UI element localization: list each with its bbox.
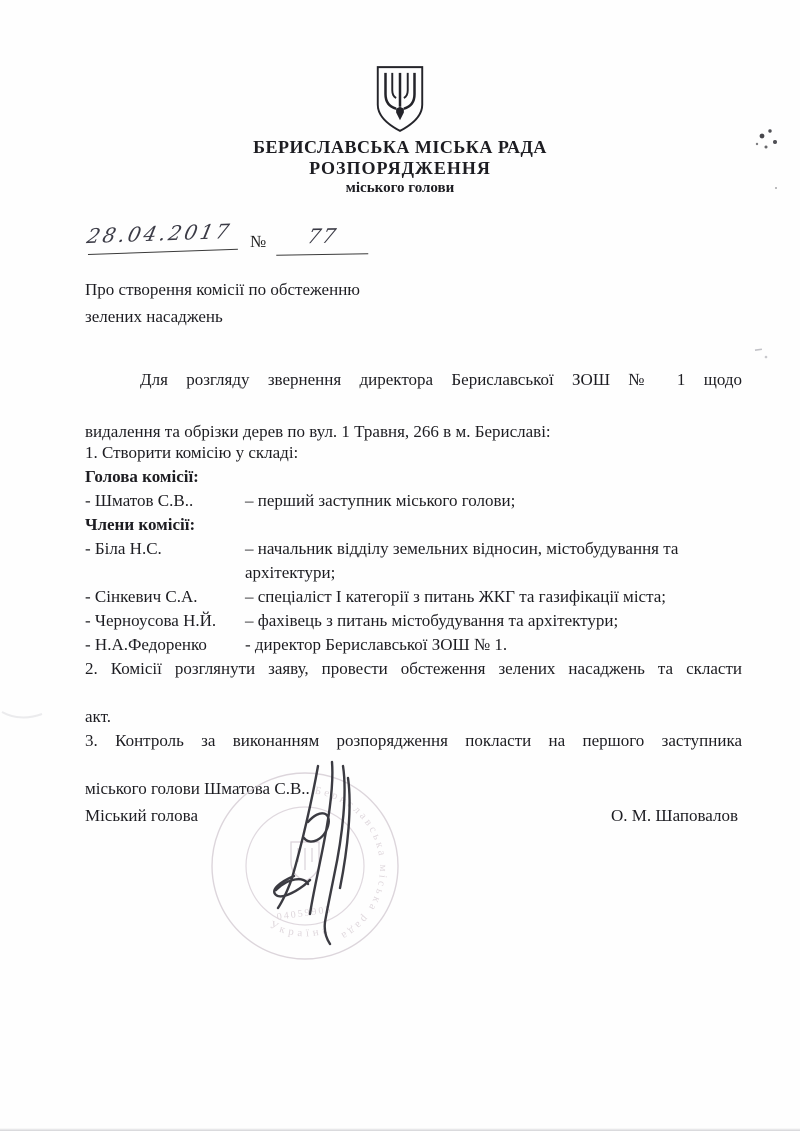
item-2-line-2: акт. — [85, 707, 111, 726]
item-3: 3. Контроль за виконанням розпорядження … — [85, 729, 742, 801]
intro-paragraph: Для розгляду звернення директора Берисла… — [85, 367, 742, 445]
member-role: – перший заступник міського голови; — [245, 489, 742, 513]
number-sign: № — [250, 232, 266, 252]
member-name: - Черноусова Н.Й. — [85, 609, 245, 633]
document-body: 1. Створити комісію у складі: Голова ком… — [85, 441, 742, 801]
signature-row: Міський голова О. М. Шаповалов — [85, 806, 738, 826]
item-3-line-1: 3. Контроль за виконанням розпорядження … — [85, 729, 742, 777]
signature-ink — [248, 756, 388, 956]
member-role: – начальник відділу земельних відносин, … — [245, 537, 742, 585]
subject-line-2: зелених насаджень — [85, 307, 223, 326]
subject-line-1: Про створення комісії по обстеженню — [85, 280, 360, 299]
item-1: 1. Створити комісію у складі: — [85, 441, 742, 465]
signer-title: Міський голова — [85, 806, 198, 826]
commission-member-row: - Черноусова Н.Й. – фахівець з питань мі… — [85, 609, 742, 633]
signer-name: О. М. Шаповалов — [611, 806, 738, 826]
ukraine-trident-emblem-icon — [371, 64, 429, 134]
member-role: – фахівець з питань містобудування та ар… — [245, 609, 742, 633]
member-name: - Сінкевич С.А. — [85, 585, 245, 609]
head-of-commission-label: Голова комісії: — [85, 465, 742, 489]
handwritten-date: 28.04.2017 — [87, 219, 238, 255]
member-name: - Біла Н.С. — [85, 537, 245, 585]
member-name: - Шматов С.В.. — [85, 489, 245, 513]
member-role: - директор Бериславської ЗОШ № 1. — [245, 633, 742, 657]
members-of-commission-label: Члени комісії: — [85, 513, 742, 537]
commission-member-row: - Шматов С.В.. – перший заступник місько… — [85, 489, 742, 513]
intro-line-2: видалення та обрізки дерев по вул. 1 Тра… — [85, 422, 551, 441]
commission-member-row: - Н.А.Федоренко - директор Бериславської… — [85, 633, 742, 657]
item-2: 2. Комісії розглянути заяву, провести об… — [85, 657, 742, 729]
member-role: – спеціаліст І категорії з питань ЖКГ та… — [245, 585, 742, 609]
handwritten-number: 77 — [276, 223, 369, 256]
item-2-line-1: 2. Комісії розглянути заяву, провести об… — [85, 657, 742, 705]
document-header: БЕРИСЛАВСЬКА МІСЬКА РАДА РОЗПОРЯДЖЕННЯ м… — [0, 64, 800, 198]
date-number-row: 28.04.2017 № 77 — [0, 224, 800, 260]
commission-member-row: - Біла Н.С. – начальник відділу земельни… — [85, 537, 742, 585]
org-name: БЕРИСЛАВСЬКА МІСЬКА РАДА — [0, 137, 800, 158]
document-subject: Про створення комісії по обстеженню зеле… — [85, 276, 505, 330]
doc-type-title: РОЗПОРЯДЖЕННЯ — [0, 158, 800, 179]
member-name: - Н.А.Федоренко — [85, 633, 245, 657]
scanned-document-page: БЕРИСЛАВСЬКА МІСЬКА РАДА РОЗПОРЯДЖЕННЯ м… — [0, 0, 800, 1131]
intro-line-1: Для розгляду звернення директора Берисла… — [85, 367, 742, 419]
commission-member-row: - Сінкевич С.А. – спеціаліст І категорії… — [85, 585, 742, 609]
doc-subtype: міського голови — [0, 179, 800, 198]
